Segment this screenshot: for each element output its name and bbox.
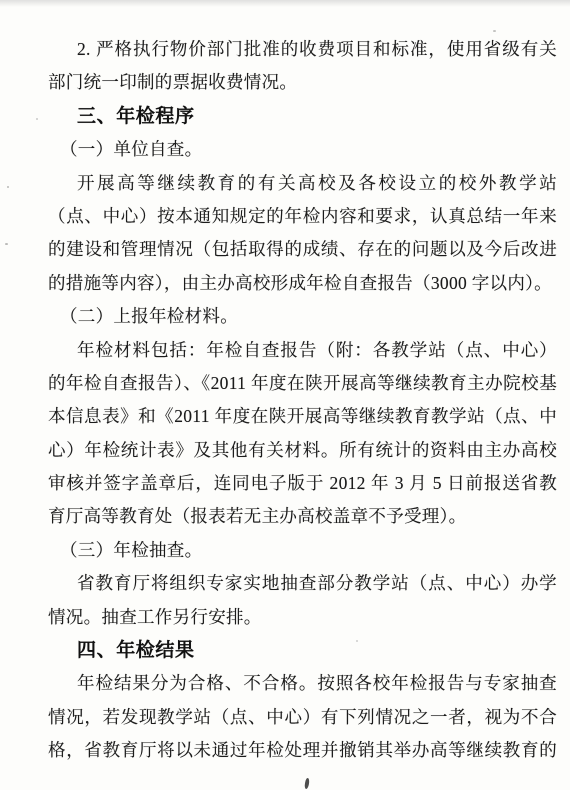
paragraph-line: 心）年检统计表》及其他有关材料。所有统计的资料由主办高校 — [48, 434, 557, 467]
paragraph-line: 审核并签字盖章后，连同电子版于 2012 年 3 月 5 日前报送省教 — [48, 467, 557, 500]
scan-speck — [356, 640, 358, 642]
subsection-heading-line: （二）上报年检材料。 — [48, 300, 557, 333]
paragraph-line: 的措施等内容），由主办高校形成年检自查报告（3000 字以内）。 — [48, 267, 557, 300]
paragraph-line: 的建设和管理情况（包括取得的成绩、存在的问题以及今后改进 — [48, 233, 557, 266]
paragraph-line: 的年检自查报告）、《2011 年度在陕开展高等继续教育主办院校基 — [48, 367, 557, 400]
document-page: 2. 严格执行物价部门批准的收费项目和标准，使用省级有关 部门统一印制的票据收费… — [0, 0, 570, 790]
paragraph-line: 情况。抽查工作另行安排。 — [48, 601, 557, 634]
scan-speck — [493, 30, 496, 32]
paragraph-line: 2. 严格执行物价部门批准的收费项目和标准，使用省级有关 — [48, 33, 557, 66]
page-number-partial-mark — [304, 778, 310, 790]
paragraph-line: 情况，若发现教学站（点、中心）有下列情况之一者，视为不合 — [48, 701, 557, 734]
paragraph-line: 部门统一印制的票据收费情况。 — [48, 66, 557, 99]
paragraph-line: 本信息表》和《2011 年度在陕开展高等继续教育教学站（点、中 — [48, 400, 557, 433]
scan-speck — [5, 243, 8, 245]
paragraph-line: 开展高等继续教育的有关高校及各校设立的校外教学站 — [48, 167, 557, 200]
paragraph-line: 育厅高等教育处（报表若无主办高校盖章不予受理）。 — [48, 500, 557, 533]
subsection-heading-line: （三）年检抽查。 — [48, 534, 557, 567]
paragraph-line: （点、中心）按本通知规定的年检内容和要求，认真总结一年来 — [48, 200, 557, 233]
section-heading: 三、年检程序 — [48, 100, 557, 133]
scan-speck — [36, 118, 38, 120]
paragraph-line: 省教育厅将组织专家实地抽查部分教学站（点、中心）办学 — [48, 567, 557, 600]
paragraph-line: 格，省教育厅将以未通过年检处理并撤销其举办高等继续教育的 — [48, 734, 557, 767]
paragraph-line: 年检结果分为合格、不合格。按照各校年检报告与专家抽查 — [48, 667, 557, 700]
subsection-heading-line: （一）单位自查。 — [48, 133, 557, 166]
section-heading: 四、年检结果 — [48, 634, 557, 667]
scan-speck — [7, 186, 9, 188]
document-body: 2. 严格执行物价部门批准的收费项目和标准，使用省级有关 部门统一印制的票据收费… — [0, 0, 570, 768]
paragraph-line: 年检材料包括：年检自查报告（附：各教学站（点、中心） — [48, 334, 557, 367]
